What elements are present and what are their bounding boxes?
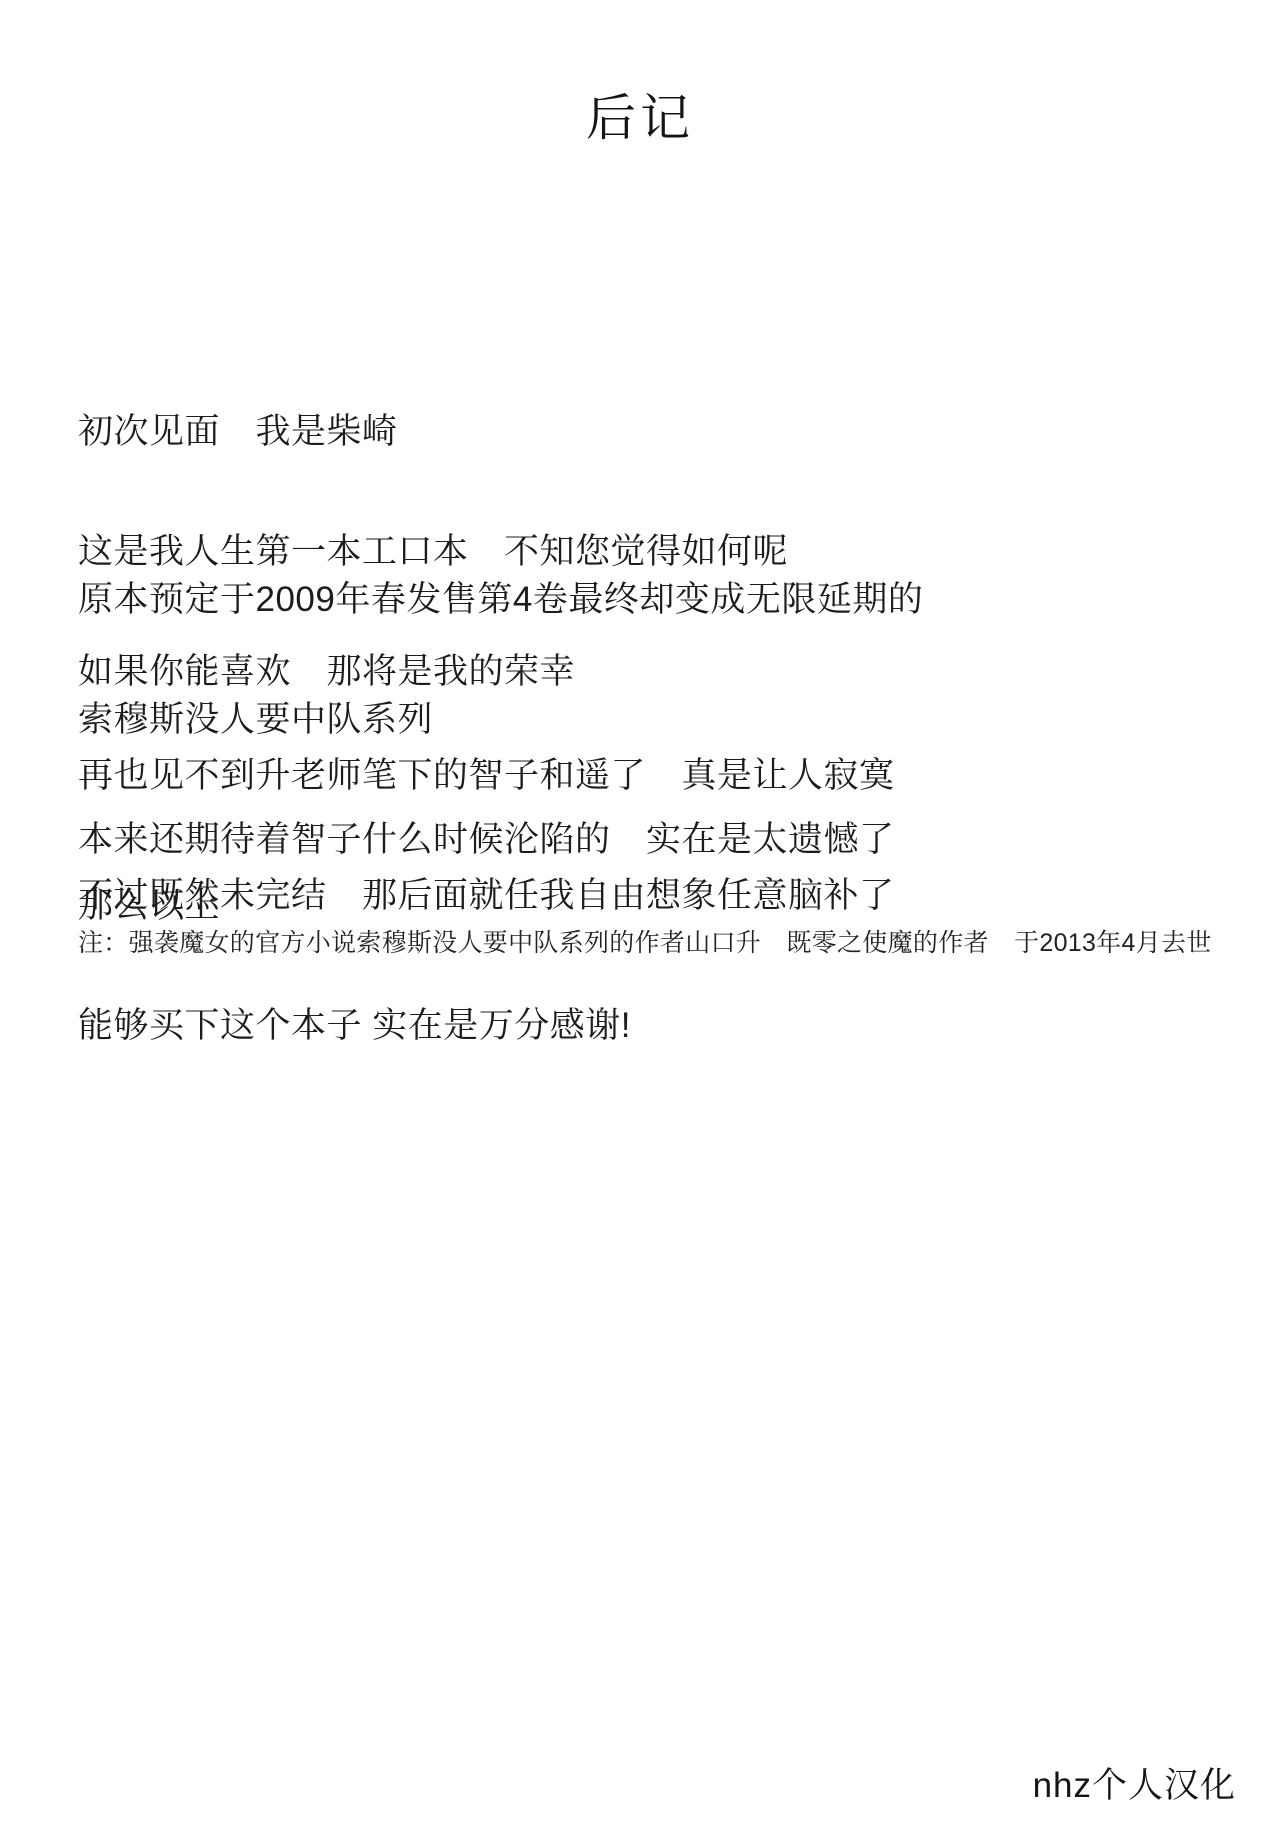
text-line: 再也见不到升老师笔下的智子和遥了 真是让人寂寞: [78, 756, 1240, 796]
text-line: 初次见面 我是柴崎: [78, 412, 1240, 452]
author-footnote: 注：强袭魔女的官方小说索穆斯没人要中队系列的作者山口升 既零之使魔的作者 于20…: [78, 927, 1250, 959]
paragraph-thanks: 那么以上 能够买下这个本子 实在是万分感谢!: [78, 806, 1240, 1126]
translator-credit: nhz个人汉化: [1033, 1758, 1236, 1808]
text-line: 原本预定于2009年春发售第4卷最终却变成无限延期的: [78, 580, 1240, 620]
text-line: 那么以上: [78, 886, 1240, 926]
afterword-page: 后记 初次见面 我是柴崎 这是我人生第一本工口本 不知您觉得如何呢 如果你能喜欢…: [0, 0, 1280, 1837]
text-line: 能够买下这个本子 实在是万分感谢!: [78, 1006, 1240, 1046]
page-title: 后记: [0, 78, 1280, 150]
